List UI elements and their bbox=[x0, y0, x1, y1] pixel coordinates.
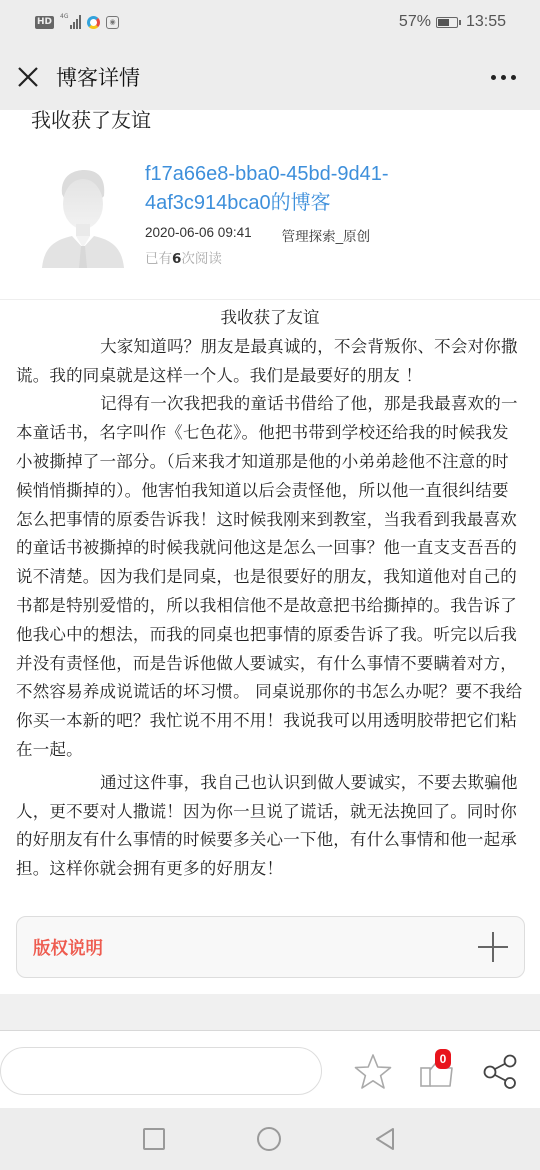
post-meta: 2020-06-06 09:41 管理探索_原创 bbox=[145, 225, 370, 245]
network-type: 4G bbox=[60, 13, 68, 20]
screen: HD 4G ◉ 57% 13:55 博客详情 我收获了友谊 bbox=[0, 0, 540, 1170]
comment-input[interactable] bbox=[0, 1047, 322, 1095]
page-title: 博客详情 bbox=[56, 62, 140, 92]
divider bbox=[0, 299, 540, 300]
star-icon bbox=[353, 1052, 393, 1092]
article-body: 我收获了友谊 大家知道吗？朋友是最真诚的，不会背叛你、不会对你撒谎。我的同桌就是… bbox=[16, 304, 524, 884]
close-button[interactable] bbox=[14, 63, 42, 91]
clock: 13:55 bbox=[466, 13, 506, 31]
favorite-button[interactable] bbox=[352, 1051, 394, 1093]
home-button[interactable] bbox=[257, 1127, 281, 1151]
battery-icon bbox=[436, 17, 458, 28]
more-button[interactable] bbox=[491, 75, 516, 80]
article-paragraph: 记得有一次我把我的童话书借给了他，那是我最喜欢的一本童话书，名字叫作《七色花》。… bbox=[16, 390, 524, 764]
read-count-number: 6 bbox=[172, 251, 181, 267]
post-title: 我收获了友谊 bbox=[31, 110, 151, 130]
signal-icon: 4G bbox=[60, 15, 81, 29]
article-paragraph: 大家知道吗？朋友是最真诚的，不会背叛你、不会对你撒谎。我的同桌就是这样一个人。我… bbox=[16, 333, 524, 391]
article-heading: 我收获了友谊 bbox=[16, 304, 524, 333]
plus-icon[interactable] bbox=[478, 932, 508, 962]
vpn-icon: ◉ bbox=[106, 16, 119, 29]
back-button[interactable] bbox=[373, 1127, 397, 1151]
post-date: 2020-06-06 09:41 bbox=[145, 225, 252, 245]
share-button[interactable] bbox=[479, 1051, 521, 1093]
bottom-toolbar: 0 bbox=[0, 1030, 540, 1108]
avatar[interactable] bbox=[40, 164, 124, 268]
battery-percent: 57% bbox=[399, 13, 431, 31]
recent-apps-button[interactable] bbox=[143, 1128, 165, 1150]
article-paragraph: 通过这件事，我自己也认识到做人要诚实，不要去欺骗他人，更不要对人撒谎！因为你一旦… bbox=[16, 769, 524, 884]
nav-bar: 博客详情 bbox=[0, 44, 540, 110]
like-button[interactable]: 0 bbox=[415, 1051, 457, 1093]
like-count-badge: 0 bbox=[435, 1049, 451, 1069]
read-count: 已有6次阅读 bbox=[145, 247, 222, 267]
copyright-section[interactable]: 版权说明 bbox=[16, 916, 525, 978]
copyright-label: 版权说明 bbox=[33, 935, 103, 960]
status-right: 57% 13:55 bbox=[399, 13, 506, 31]
more-icon bbox=[491, 75, 496, 80]
hd-icon: HD bbox=[35, 16, 54, 29]
close-icon bbox=[17, 66, 39, 88]
status-left: HD 4G ◉ bbox=[35, 15, 119, 29]
status-bar: HD 4G ◉ 57% 13:55 bbox=[0, 0, 540, 44]
system-nav-bar bbox=[0, 1108, 540, 1170]
post-category[interactable]: 管理探索_原创 bbox=[282, 225, 371, 245]
blog-content[interactable]: 我收获了友谊 f17a66e8-bba0-45bd-9d41-4af3c914b… bbox=[0, 110, 540, 1030]
author-blog-link[interactable]: f17a66e8-bba0-45bd-9d41-4af3c914bca0的博客 bbox=[145, 160, 435, 218]
section-separator bbox=[0, 994, 540, 1030]
share-icon bbox=[480, 1052, 520, 1092]
app-notification-icon bbox=[87, 16, 100, 29]
